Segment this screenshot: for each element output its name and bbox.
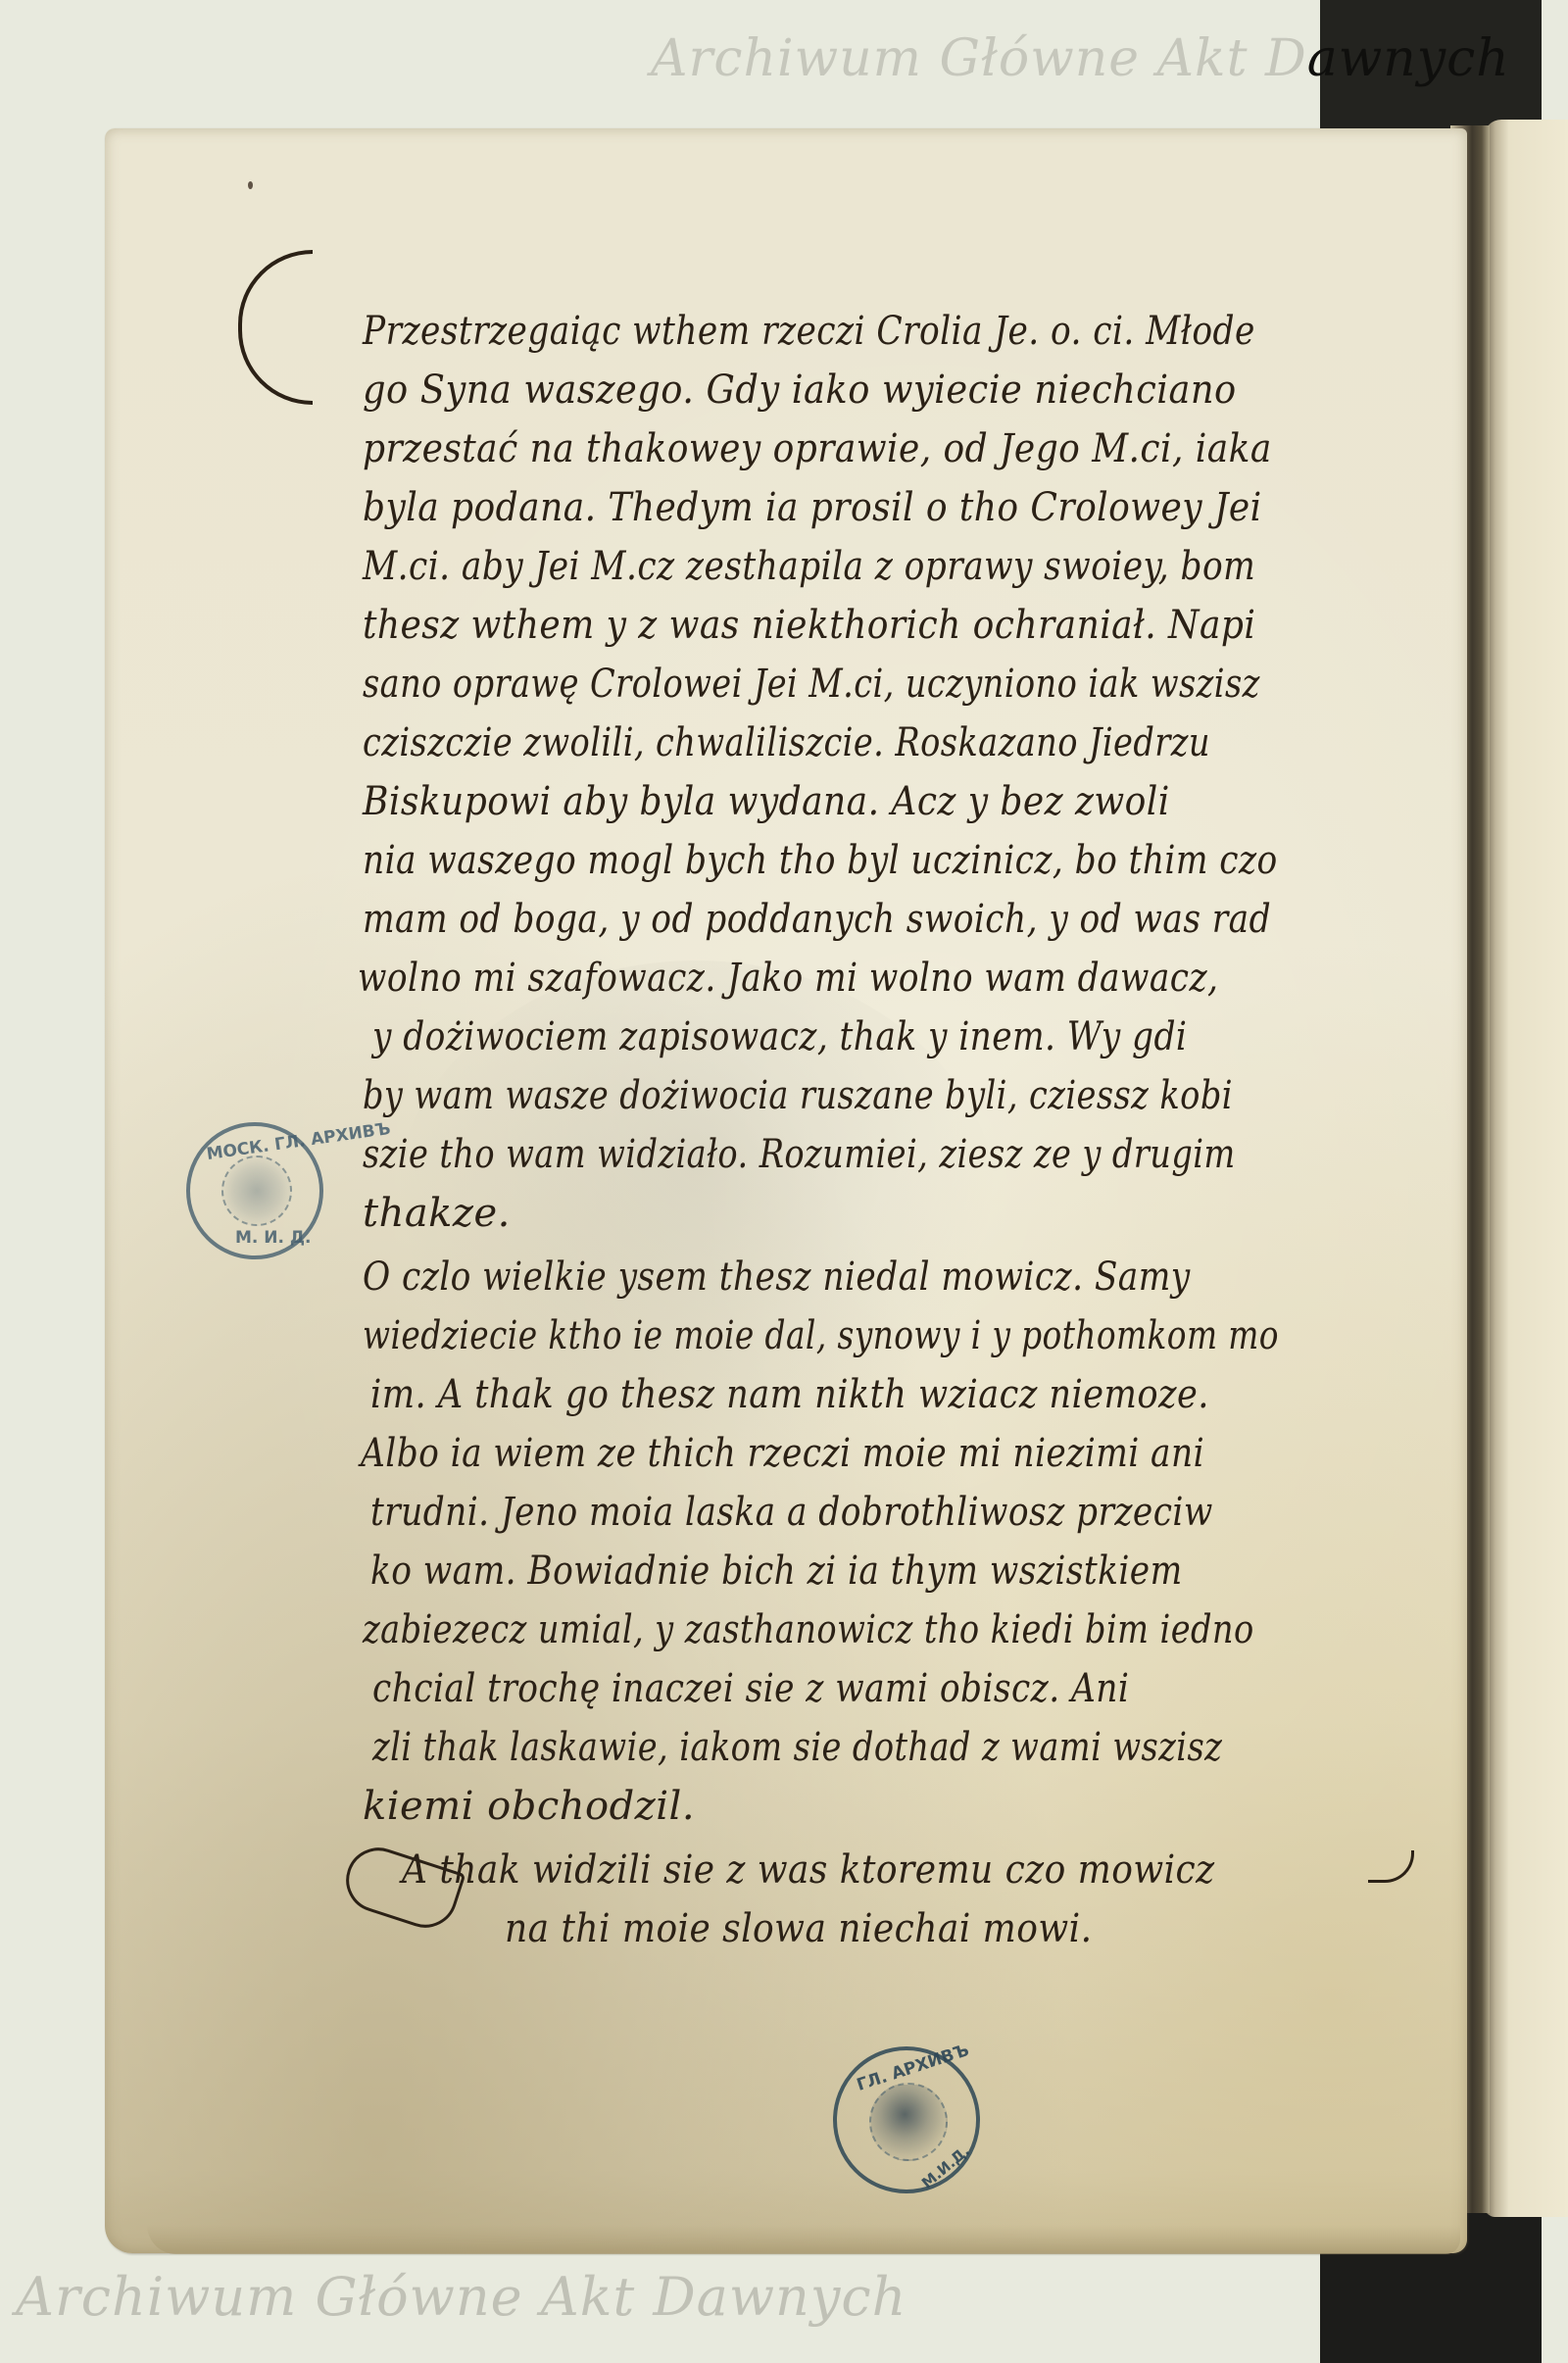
stamp-emblem	[869, 2083, 948, 2161]
manuscript-line: Biskupowi aby byla wydana. Acz y bez zwo…	[363, 779, 1170, 824]
manuscript-line: Albo ia wiem ze thich rzeczi moie mi nie…	[361, 1431, 1204, 1476]
manuscript-line: zli thak laskawie, iakom sie dothad z wa…	[372, 1725, 1222, 1770]
manuscript-line: A thak widzili sie z was ktoremu czo mow…	[402, 1847, 1215, 1893]
manuscript-line: kiemi obchodzil.	[363, 1784, 695, 1829]
manuscript-line: thesz wthem y z was niekthorich ochrania…	[363, 603, 1255, 648]
manuscript-line: sano oprawę Crolowei Jei M.ci, uczyniono…	[363, 662, 1260, 707]
manuscript-line: M.ci. aby Jei M.cz zesthapila z oprawy s…	[363, 544, 1255, 589]
manuscript-line: szie tho wam widziało. Rozumiei, ziesz z…	[363, 1132, 1236, 1177]
stamp-text-bottom: М. И. Д.	[235, 1228, 312, 1248]
manuscript-line: nia waszego mogl bych tho byl uczinicz, …	[363, 838, 1278, 883]
archive-stamp-bottom: ГЛ. АРХИВЪ М.И.Д.	[833, 2046, 980, 2193]
manuscript-line: na thi moie slowa niechai mowi.	[505, 1906, 1092, 1951]
stamp-emblem	[221, 1156, 292, 1226]
manuscript-line: go Syna waszego. Gdy iako wyiecie niechc…	[363, 368, 1237, 413]
manuscript-line: by wam wasze dożiwocia ruszane byli, czi…	[363, 1073, 1233, 1118]
manuscript-line: byla podana. Thedym ia prosil o tho Crol…	[363, 485, 1262, 530]
manuscript-line: zabiezecz umial, y zasthanowicz tho kied…	[363, 1607, 1254, 1652]
manuscript-line: wolno mi szafowacz. Jako mi wolno wam da…	[358, 956, 1218, 1001]
manuscript-line: ko wam. Bowiadnie bich zi ia thym wszist…	[370, 1549, 1183, 1594]
manuscript-line: mam od boga, y od poddanych swoich, y od…	[363, 897, 1271, 942]
manuscript-line: y dożiwociem zapisowacz, thak y inem. Wy…	[372, 1014, 1187, 1059]
manuscript-line: wiedziecie ktho ie moie dal, synowy i y …	[363, 1313, 1279, 1358]
decorated-initial-p-flourish	[238, 250, 313, 405]
manuscript-line: przestać na thakowey oprawie, od Jego M.…	[363, 426, 1272, 471]
manuscript-line: cziszczie zwolili, chwaliliszcie. Roskaz…	[363, 720, 1210, 765]
manuscript-line: trudni. Jeno moia laska a dobrothliwosz …	[370, 1490, 1213, 1535]
watermark-bottom: Archiwum Główne Akt Dawnych	[16, 2266, 906, 2328]
line-end-flourish	[1368, 1850, 1414, 1883]
manuscript-line: Przestrzegaiąc wthem rzeczi Crolia Je. o…	[363, 309, 1255, 354]
archive-stamp-left: МОСК. ГЛ. АРХИВЪ М. И. Д.	[186, 1122, 323, 1259]
manuscript-line: thakze.	[363, 1191, 511, 1236]
manuscript-line: chcial trochę inaczei sie z wami obiscz.…	[372, 1666, 1129, 1711]
manuscript-line: im. A thak go thesz nam nikth wziacz nie…	[370, 1372, 1209, 1417]
manuscript-line: O czlo wielkie ysem thesz niedal mowicz.…	[363, 1255, 1191, 1300]
